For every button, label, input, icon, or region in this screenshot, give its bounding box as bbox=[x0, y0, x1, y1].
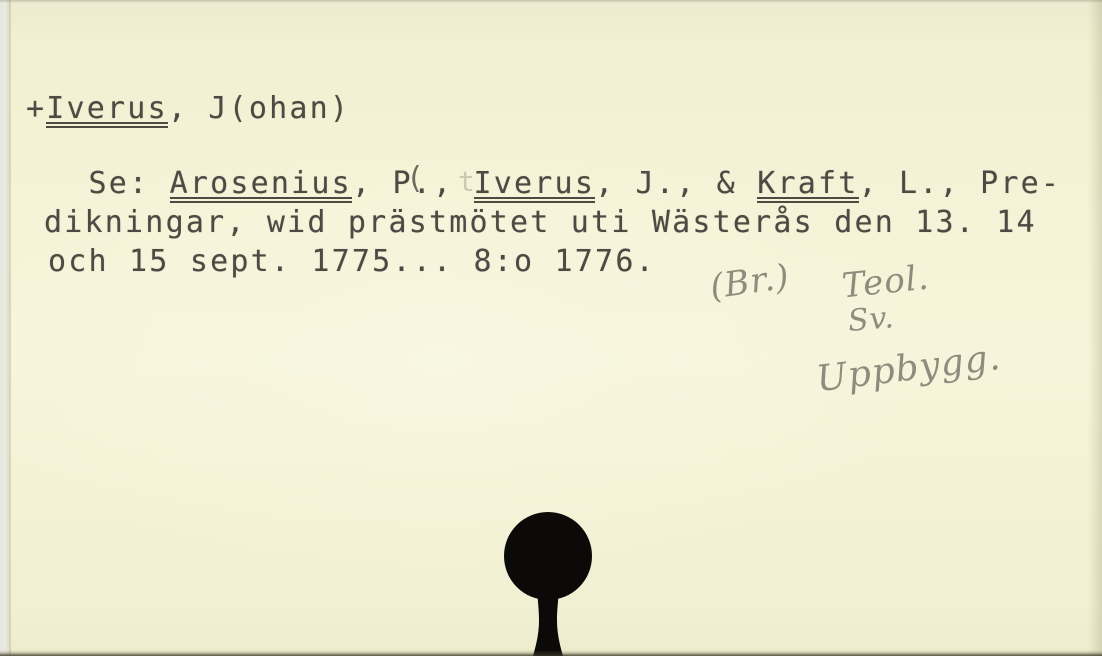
scan-edge-left bbox=[0, 0, 9, 656]
scan-edge-top bbox=[0, 0, 1102, 3]
reference-line-3: och 15 sept. 1775... 8:o 1776. bbox=[48, 243, 656, 281]
text-segment: och 15 sept. 1775... 8:o 1776. bbox=[48, 244, 656, 279]
scan-edge-right bbox=[1088, 0, 1102, 656]
pencil-subject-uppbygg: Uppbygg. bbox=[814, 337, 1003, 400]
overstruck-parenthesis: ( bbox=[406, 161, 424, 196]
text-segment: Se: bbox=[48, 166, 170, 201]
scan-edge-bottom bbox=[0, 650, 1102, 656]
text-segment: , J., & bbox=[595, 166, 757, 201]
underlined-name: Iverus bbox=[474, 166, 596, 203]
text-segment: , J(ohan) bbox=[168, 91, 350, 126]
erased-pencil-mark: t bbox=[458, 165, 475, 198]
underlined-name: Kraft bbox=[757, 166, 858, 203]
reference-line-2: dikningar, wid prästmötet uti Wästerås d… bbox=[44, 204, 1037, 242]
catalog-card: +Iverus, J(ohan) Se: Arosenius, P., Iver… bbox=[0, 0, 1102, 656]
pencil-subject-sv: Sv. bbox=[847, 300, 896, 339]
text-segment: + bbox=[26, 91, 46, 126]
reference-line-1: Se: Arosenius, P., Iverus, J., & Kraft, … bbox=[48, 165, 1061, 203]
card-left-edge-line bbox=[9, 0, 11, 656]
heading-entry-name: +Iverus, J(ohan) bbox=[26, 90, 350, 128]
underlined-name: Iverus bbox=[46, 91, 168, 128]
text-segment: dikningar, wid prästmötet uti Wästerås d… bbox=[44, 205, 1037, 240]
pencil-classification-note: (Br.) bbox=[708, 257, 793, 308]
pencil-subject-teol: Teol. bbox=[840, 258, 931, 307]
underlined-name: Arosenius bbox=[170, 166, 352, 203]
hole-punch bbox=[498, 510, 598, 656]
text-segment: , L., Pre- bbox=[859, 166, 1062, 201]
